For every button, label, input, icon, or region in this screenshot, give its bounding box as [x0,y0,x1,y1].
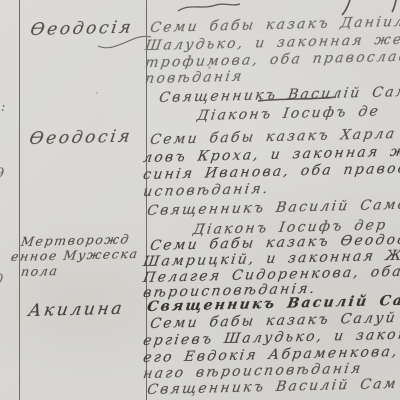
margin-number-fragment: 0 [0,272,3,287]
ink-speck [208,66,211,69]
margin-number-fragment: 9 [0,166,4,181]
entry-name: Ѳеодосія [28,127,134,149]
clergy-line: Священникъ Василій Само [146,197,400,219]
column-rule-left [19,0,20,400]
ink-speck [96,92,98,94]
record-line: повѣданія [144,69,245,87]
margin-number-fragment: : [1,100,5,115]
clergy-line: Діаконъ Іосифъ де [196,104,381,124]
record-line: исповѣданія. [142,181,271,200]
entry-name: енное Мужеска [10,246,140,264]
ink-stroke [258,96,338,104]
ink-speck [168,262,170,264]
register-page-scan: : 9 0 Ѳеодосія Семи бабы казакъ Даніилъ … [0,0,400,400]
entry-name: пола [20,263,60,279]
entry-name: Акилина [27,299,126,321]
cut-off-strokes-top [150,0,400,16]
